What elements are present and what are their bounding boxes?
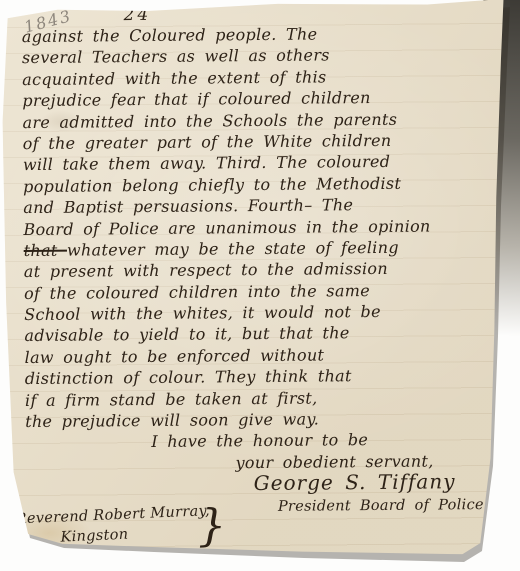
letter-body: against the Coloured people. The several… xyxy=(22,22,516,521)
struck-word: that xyxy=(24,241,67,260)
signature: George S. Tiffany xyxy=(254,471,516,497)
addressee-brace: } xyxy=(198,500,226,551)
signature-title: President Board of Police xyxy=(278,495,516,518)
scanned-letter-page: 1843 24 against the Coloured people. The… xyxy=(0,0,520,571)
letter-paper: 1843 24 against the Coloured people. The… xyxy=(0,0,520,571)
page-number: 24 xyxy=(124,5,152,25)
line-remainder: whatever may be the state of feeling xyxy=(67,238,399,260)
